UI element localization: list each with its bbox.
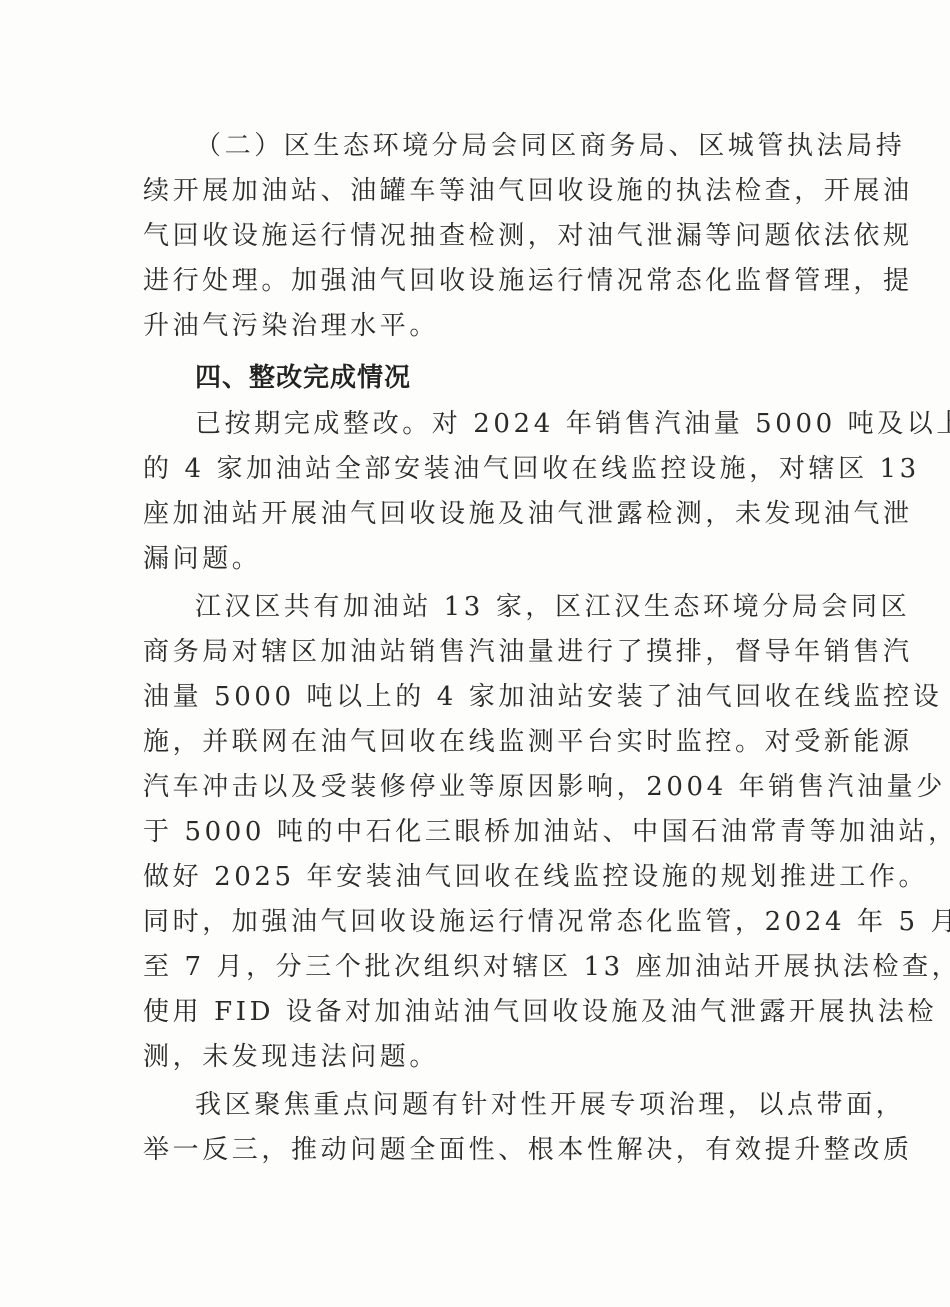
paragraph-line: 汽车冲击以及受装修停业等原因影响，2004 年销售汽油量少: [143, 767, 783, 807]
paragraph-line: 进行处理。加强油气回收设施运行情况常态化监督管理，提: [143, 261, 783, 301]
paragraph-line: 座加油站开展油气回收设施及油气泄露检测，未发现油气泄: [143, 494, 783, 534]
document-page: （二）区生态环境分局会同区商务局、区城管执法局持 续开展加油站、油罐车等油气回收…: [0, 0, 950, 1307]
paragraph-line: 测，未发现违法问题。: [143, 1037, 783, 1077]
paragraph-line: 升油气污染治理水平。: [143, 306, 783, 346]
paragraph-line: 使用 FID 设备对加油站油气回收设施及油气泄露开展执法检: [143, 992, 783, 1032]
paragraph-line: 续开展加油站、油罐车等油气回收设施的执法检查，开展油: [143, 171, 783, 211]
paragraph-line: 气回收设施运行情况抽查检测，对油气泄漏等问题依法依规: [143, 216, 783, 256]
paragraph-line: 已按期完成整改。对 2024 年销售汽油量 5000 吨及以上: [195, 404, 783, 444]
paragraph-line: 油量 5000 吨以上的 4 家加油站安装了油气回收在线监控设: [143, 677, 783, 717]
paragraph-line: （二）区生态环境分局会同区商务局、区城管执法局持: [195, 126, 783, 166]
paragraph-line: 于 5000 吨的中石化三眼桥加油站、中国石油常青等加油站，: [143, 812, 783, 852]
paragraph-line: 商务局对辖区加油站销售汽油量进行了摸排，督导年销售汽: [143, 632, 783, 672]
paragraph-line: 我区聚焦重点问题有针对性开展专项治理，以点带面，: [195, 1085, 783, 1125]
paragraph-line: 做好 2025 年安装油气回收在线监控设施的规划推进工作。: [143, 857, 783, 897]
paragraph-line: 江汉区共有加油站 13 家，区江汉生态环境分局会同区: [195, 587, 783, 627]
paragraph-line: 同时，加强油气回收设施运行情况常态化监管，2024 年 5 月: [143, 902, 783, 942]
paragraph-line: 至 7 月，分三个批次组织对辖区 13 座加油站开展执法检查，: [143, 947, 783, 987]
section-heading: 四、整改完成情况: [195, 358, 835, 398]
paragraph-line: 的 4 家加油站全部安装油气回收在线监控设施，对辖区 13: [143, 449, 783, 489]
paragraph-line: 施，并联网在油气回收在线监测平台实时监控。对受新能源: [143, 722, 783, 762]
paragraph-line: 举一反三，推动问题全面性、根本性解决，有效提升整改质: [143, 1130, 783, 1170]
paragraph-line: 漏问题。: [143, 539, 783, 579]
